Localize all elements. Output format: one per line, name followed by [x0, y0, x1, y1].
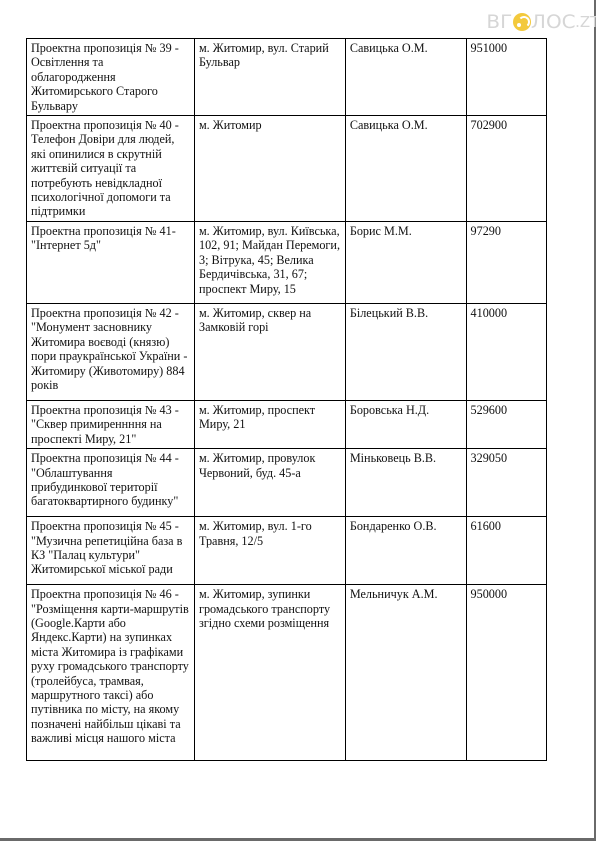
- table-row: Проектна пропозиція № 46 - "Розміщення к…: [27, 585, 547, 761]
- proposal-amount: 97290: [471, 224, 542, 238]
- proposal-amount: 329050: [471, 451, 542, 465]
- proposal-amount: 950000: [471, 587, 542, 601]
- table-row: Проектна пропозиція № 41- "Інтернет 5д" …: [27, 221, 547, 303]
- table-row: Проектна пропозиція № 44 - "Облаштування…: [27, 449, 547, 517]
- proposal-author-cell: Борис М.М.: [345, 221, 466, 303]
- proposal-author-cell: Боровська Н.Д.: [345, 400, 466, 448]
- watermark-text-right: ЛОС: [531, 11, 576, 33]
- proposal-address-cell: м. Житомир, вул. Старий Бульвар: [194, 39, 345, 116]
- proposal-amount: 951000: [471, 41, 542, 55]
- proposal-address-cell: м. Житомир, проспект Миру, 21: [194, 400, 345, 448]
- proposal-amount-cell: 97290: [466, 221, 546, 303]
- proposal-amount: 702900: [471, 118, 542, 132]
- proposal-title-cell: Проектна пропозиція № 42 - "Монумент зас…: [27, 303, 195, 400]
- proposals-table: Проектна пропозиція № 39 - Освітлення та…: [26, 38, 547, 761]
- proposal-title-cell: Проектна пропозиція № 40 - Телефон Довір…: [27, 116, 195, 222]
- proposal-amount: 61600: [471, 519, 542, 533]
- table-row: Проектна пропозиція № 42 - "Монумент зас…: [27, 303, 547, 400]
- proposal-title-cell: Проектна пропозиція № 45 - "Музична репе…: [27, 517, 195, 585]
- watermark-text-left: ВГ: [486, 11, 512, 33]
- proposal-author-cell: Савицька О.М.: [345, 39, 466, 116]
- proposal-address-cell: м. Житомир, провулок Червоний, буд. 45-а: [194, 449, 345, 517]
- proposal-title-cell: Проектна пропозиція № 43 - "Сквер примир…: [27, 400, 195, 448]
- proposal-amount-cell: 951000: [466, 39, 546, 116]
- proposal-title-cell: Проектна пропозиція № 44 - "Облаштування…: [27, 449, 195, 517]
- proposal-amount: 529600: [471, 403, 542, 417]
- table-row: Проектна пропозиція № 43 - "Сквер примир…: [27, 400, 547, 448]
- proposal-amount-cell: 950000: [466, 585, 546, 761]
- table-row: Проектна пропозиція № 45 - "Музична репе…: [27, 517, 547, 585]
- table-row: Проектна пропозиція № 40 - Телефон Довір…: [27, 116, 547, 222]
- proposal-address-cell: м. Житомир, зупинки громадського транспо…: [194, 585, 345, 761]
- proposal-title-cell: Проектна пропозиція № 41- "Інтернет 5д": [27, 221, 195, 303]
- proposal-amount-cell: 61600: [466, 517, 546, 585]
- proposal-amount-cell: 410000: [466, 303, 546, 400]
- watermark-suffix: .ZT: [575, 13, 596, 31]
- table-row: Проектна пропозиція № 39 - Освітлення та…: [27, 39, 547, 116]
- proposal-author-cell: Бондаренко О.В.: [345, 517, 466, 585]
- proposal-title-cell: Проектна пропозиція № 46 - "Розміщення к…: [27, 585, 195, 761]
- proposal-author-cell: Мельничук А.М.: [345, 585, 466, 761]
- proposal-address-cell: м. Житомир, вул. Київська, 102, 91; Майд…: [194, 221, 345, 303]
- site-watermark-logo: ВГ ЛОС .ZT: [487, 9, 596, 35]
- proposal-address-cell: м. Житомир, вул. 1-го Травня, 12/5: [194, 517, 345, 585]
- proposal-address-cell: м. Житомир, сквер на Замковій горі: [194, 303, 345, 400]
- proposal-author-cell: Міньковець В.В.: [345, 449, 466, 517]
- proposal-amount-cell: 329050: [466, 449, 546, 517]
- proposal-author-cell: Білецький В.В.: [345, 303, 466, 400]
- signal-broadcast-icon: [513, 13, 531, 31]
- proposal-amount-cell: 529600: [466, 400, 546, 448]
- proposal-address-cell: м. Житомир: [194, 116, 345, 222]
- proposal-amount: 410000: [471, 306, 542, 320]
- proposal-amount-cell: 702900: [466, 116, 546, 222]
- proposal-author-cell: Савицька О.М.: [345, 116, 466, 222]
- proposal-title-cell: Проектна пропозиція № 39 - Освітлення та…: [27, 39, 195, 116]
